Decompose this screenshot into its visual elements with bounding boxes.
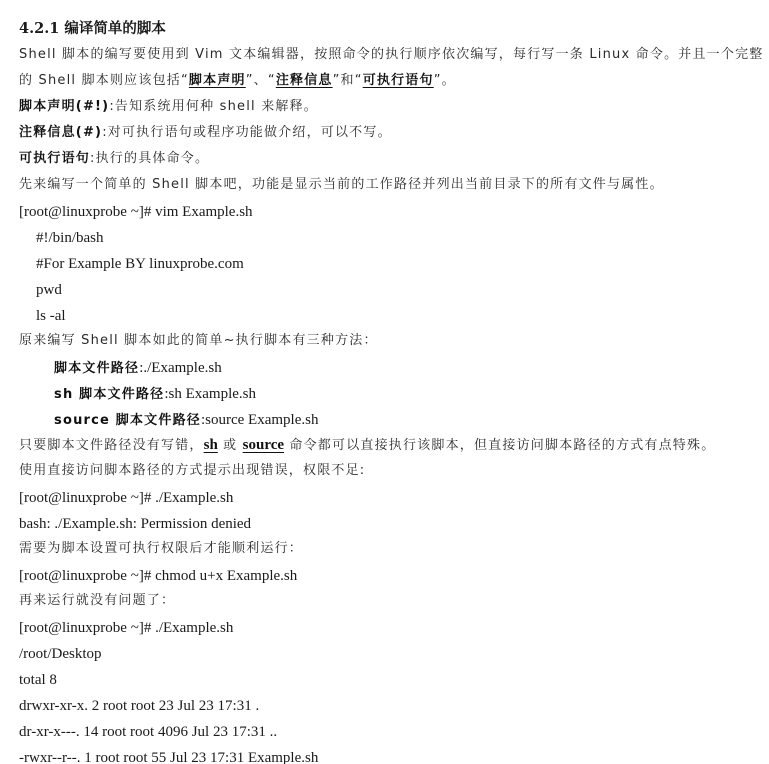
definition-desc: :告知系统用何种 shell 来解释。 — [109, 99, 318, 114]
code-run-command: [root@linuxprobe ~]# ./Example.sh — [19, 489, 233, 507]
method-term: 脚本文件路径 — [54, 361, 139, 376]
output-text: drwxr-xr-x. 2 root root 23 Jul 23 17:31 … — [19, 698, 259, 714]
method-value: :sh Example.sh — [164, 386, 256, 402]
rerun-intro: 再来运行就没有问题了： — [19, 592, 175, 610]
method-value: :source Example.sh — [201, 412, 318, 428]
code-chmod-command: [root@linuxprobe ~]# chmod u+x Example.s… — [19, 567, 297, 585]
intro-paragraph-line-1: Shell 脚本的编写要使用到 Vim 文本编辑器，按照命令的执行顺序依次编写，… — [19, 46, 763, 64]
code-output-line: /root/Desktop — [19, 645, 102, 663]
task-intro: 先来编写一个简单的 Shell 脚本吧，功能是显示当前的工作路径并列出当前目录下… — [19, 176, 664, 194]
intro-text: ”和“ — [333, 73, 363, 88]
note-line: 只要脚本文件路径没有写错，sh 或 source 命令都可以直接执行该脚本，但直… — [19, 436, 715, 454]
code-output-line: dr-xr-x---. 14 root root 4096 Jul 23 17:… — [19, 723, 277, 741]
intro-text: 的 Shell 脚本则应该包括“ — [19, 73, 189, 88]
method-term: sh 脚本文件路径 — [54, 387, 164, 402]
code-script-line: ls -al — [36, 307, 66, 325]
keyword-script-declaration: 脚本声明 — [189, 73, 246, 88]
keyword-source: source — [243, 437, 284, 453]
command-text: [root@linuxprobe ~]# chmod u+x Example.s… — [19, 568, 297, 584]
output-text: dr-xr-x---. 14 root root 4096 Jul 23 17:… — [19, 724, 277, 740]
note-text: 或 — [218, 438, 243, 453]
definition-term: 脚本声明(#!) — [19, 99, 109, 114]
code-run-command: [root@linuxprobe ~]# ./Example.sh — [19, 619, 233, 637]
chmod-intro-text: 需要为脚本设置可执行权限后才能顺利运行： — [19, 541, 303, 556]
intro-text: ”。 — [434, 73, 456, 88]
document-page: 4.2.1 编译简单的脚本 Shell 脚本的编写要使用到 Vim 文本编辑器，… — [0, 0, 769, 764]
error-intro-text: 使用直接访问脚本路径的方式提示出现错误，权限不足: — [19, 463, 365, 478]
definition-term: 可执行语句 — [19, 151, 90, 166]
keyword-comment-info: 注释信息 — [276, 73, 333, 88]
output-text: total 8 — [19, 672, 57, 688]
intro-text: Shell 脚本的编写要使用到 Vim 文本编辑器，按照命令的执行顺序依次编写，… — [19, 47, 763, 62]
script-comment: #For Example BY linuxprobe.com — [36, 256, 244, 272]
command-text: [root@linuxprobe ~]# ./Example.sh — [19, 490, 233, 506]
task-intro-text: 先来编写一个简单的 Shell 脚本吧，功能是显示当前的工作路径并列出当前目录下… — [19, 177, 664, 192]
section-heading: 4.2.1 编译简单的脚本 — [19, 20, 166, 38]
three-methods-intro: 原来编写 Shell 脚本如此的简单~执行脚本有三种方法： — [19, 332, 378, 350]
code-output-line: total 8 — [19, 671, 57, 689]
code-script-line: #For Example BY linuxprobe.com — [36, 255, 244, 273]
script-shebang: #!/bin/bash — [36, 230, 104, 246]
definition-desc: :对可执行语句或程序功能做介绍，可以不写。 — [102, 125, 392, 140]
definition-desc: :执行的具体命令。 — [90, 151, 209, 166]
code-output-line: drwxr-xr-x. 2 root root 23 Jul 23 17:31 … — [19, 697, 259, 715]
definition-script-declaration: 脚本声明(#!):告知系统用何种 shell 来解释。 — [19, 98, 318, 116]
error-output-text: bash: ./Example.sh: Permission denied — [19, 516, 251, 532]
method-item: 脚本文件路径:./Example.sh — [54, 359, 222, 377]
chmod-intro: 需要为脚本设置可执行权限后才能顺利运行： — [19, 540, 303, 558]
output-text: -rwxr--r--. 1 root root 55 Jul 23 17:31 … — [19, 750, 318, 764]
script-ls: ls -al — [36, 308, 66, 324]
section-heading-text: 4.2.1 编译简单的脚本 — [19, 20, 166, 37]
method-term: source 脚本文件路径 — [54, 413, 201, 428]
method-value: :./Example.sh — [139, 360, 222, 376]
keyword-sh: sh — [204, 437, 218, 453]
method-item: source 脚本文件路径:source Example.sh — [54, 411, 318, 429]
code-error-output: bash: ./Example.sh: Permission denied — [19, 515, 251, 533]
rerun-intro-text: 再来运行就没有问题了： — [19, 593, 175, 608]
three-methods-text: 原来编写 Shell 脚本如此的简单~执行脚本有三种方法： — [19, 333, 378, 348]
keyword-executable-statement: 可执行语句 — [363, 73, 434, 88]
code-vim-command: [root@linuxprobe ~]# vim Example.sh — [19, 203, 253, 221]
code-output-line: -rwxr--r--. 1 root root 55 Jul 23 17:31 … — [19, 749, 318, 764]
error-intro: 使用直接访问脚本路径的方式提示出现错误，权限不足: — [19, 462, 365, 480]
script-pwd: pwd — [36, 282, 62, 298]
intro-paragraph-line-2: 的 Shell 脚本则应该包括“脚本声明”、“注释信息”和“可执行语句”。 — [19, 72, 456, 90]
note-text: 命令都可以直接执行该脚本，但直接访问脚本路径的方式有点特殊。 — [284, 438, 715, 453]
note-text: 只要脚本文件路径没有写错， — [19, 438, 204, 453]
definition-comment-info: 注释信息(#):对可执行语句或程序功能做介绍，可以不写。 — [19, 124, 392, 142]
intro-text: ”、“ — [246, 73, 276, 88]
output-text: /root/Desktop — [19, 646, 102, 662]
definition-term: 注释信息(#) — [19, 125, 102, 140]
definition-executable-statement: 可执行语句:执行的具体命令。 — [19, 150, 209, 168]
command-text: [root@linuxprobe ~]# vim Example.sh — [19, 204, 253, 220]
command-text: [root@linuxprobe ~]# ./Example.sh — [19, 620, 233, 636]
code-script-line: #!/bin/bash — [36, 229, 104, 247]
code-script-line: pwd — [36, 281, 62, 299]
method-item: sh 脚本文件路径:sh Example.sh — [54, 385, 256, 403]
